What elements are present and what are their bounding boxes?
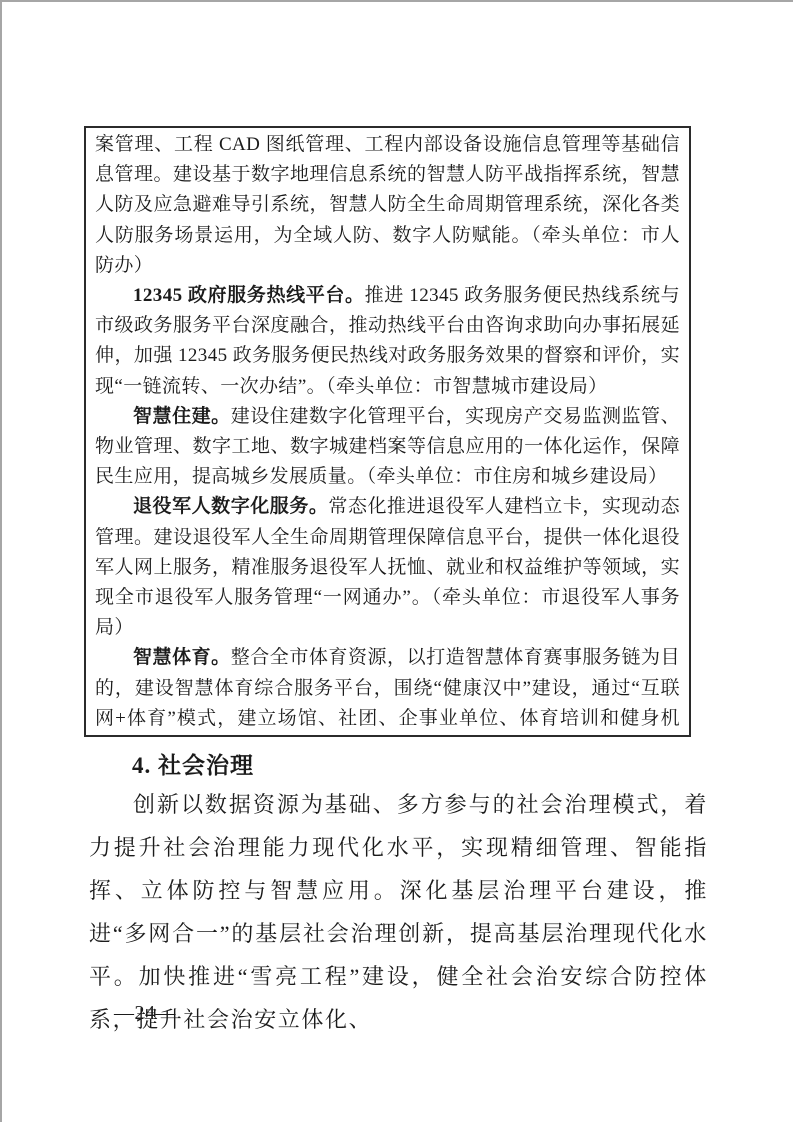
section-heading: 4. 社会治理: [132, 747, 254, 780]
section-paragraph: 创新以数据资源为基础、多方参与的社会治理模式，着力提升社会治理能力现代化水平，实…: [89, 783, 708, 1041]
boxed-text-block: 案管理、工程 CAD 图纸管理、工程内部设备设施信息管理等基础信息管理。建设基于…: [84, 126, 691, 737]
boxed-paragraph: 退役军人数字化服务。常态化推进退役军人建档立卡，实现动态管理。建设退役军人全生命…: [95, 492, 680, 643]
boxed-paragraph: 智慧体育。整合全市体育资源，以打造智慧体育赛事服务链为目的，建设智慧体育综合服务…: [95, 643, 680, 737]
page-number: —24—: [114, 1002, 176, 1025]
paragraph-lead: 12345 政府服务热线平台。: [133, 285, 365, 306]
boxed-paragraph: 12345 政府服务热线平台。推进 12345 政务服务便民热线系统与市级政务服…: [95, 281, 680, 402]
boxed-paragraph: 案管理、工程 CAD 图纸管理、工程内部设备设施信息管理等基础信息管理。建设基于…: [95, 130, 680, 281]
paragraph-lead: 退役军人数字化服务。: [133, 496, 328, 517]
paragraph-body: 案管理、工程 CAD 图纸管理、工程内部设备设施信息管理等基础信息管理。建设基于…: [95, 134, 680, 276]
paragraph-lead: 智慧体育。: [133, 647, 231, 668]
boxed-paragraph: 智慧住建。建设住建数字化管理平台，实现房产交易监测监管、物业管理、数字工地、数字…: [95, 402, 680, 493]
paragraph-lead: 智慧住建。: [133, 406, 231, 427]
paragraph-body: 常态化推进退役军人建档立卡，实现动态管理。建设退役军人全生命周期管理保障信息平台…: [95, 496, 680, 638]
document-page: 案管理、工程 CAD 图纸管理、工程内部设备设施信息管理等基础信息管理。建设基于…: [0, 0, 793, 1122]
